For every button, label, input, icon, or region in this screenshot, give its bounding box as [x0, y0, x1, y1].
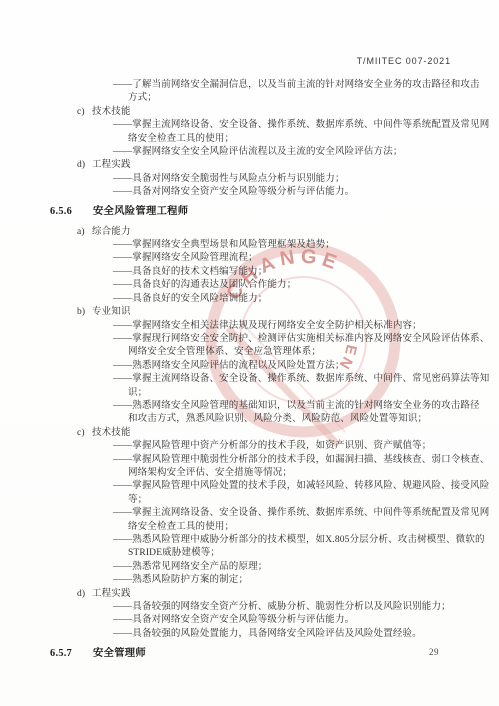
dash-list-item-line: ——具备对网络安全资产安全风险等级分析与评估能力。: [113, 186, 499, 199]
section-heading: 6.5.7安全管理师: [0, 646, 499, 661]
dash-list-item-line: ——掌握网络安全安全风险评估流程以及主流的安全风险评估方法；: [113, 146, 499, 159]
standard-number-header: T/MIITEC 007-2021: [357, 56, 451, 66]
list-item-text: 工程实践: [92, 160, 131, 170]
dash-list-item-line: 网络架构安全评估、安全措施等情况；: [128, 467, 499, 480]
dash-list-item-line: 识；: [128, 387, 499, 400]
dash-list-item-line: 和攻击方式，熟悉风险识别、风险分类、风险防范、风险处置等知识；: [128, 413, 499, 426]
dash-list-item-line: ——熟悉网络安全风险管理的基础知识，以及当前主流的针对网络安全业务的攻击路径: [113, 400, 499, 413]
section-number: 6.5.6: [50, 204, 93, 219]
dash-list-item-line: ——具备良好的沟通表达及团队合作能力；: [113, 279, 499, 292]
lettered-list-item: d)工程实践: [77, 588, 499, 601]
dash-list-item-line: ——熟悉网络安全风险评估的流程以及风险处置方法；: [113, 360, 499, 373]
section-heading: 6.5.6安全风险管理工程师: [0, 204, 499, 219]
dash-list-item-line: ——掌握风险管理中脆弱性分析部分的技术手段，如漏洞扫描、基线核查、弱口令核查、: [113, 454, 499, 467]
section-number: 6.5.7: [50, 646, 93, 661]
dash-list-item-line: 等；: [128, 494, 499, 507]
list-item-text: 综合能力: [92, 227, 131, 237]
dash-list-item-line: ——具备对网络安全资产安全风险等级分析与评估能力。: [113, 614, 499, 627]
dash-list-item-line: ——具备较强的网络安全资产分析、威胁分析、脆弱性分析以及风险识别能力；: [113, 601, 499, 614]
dash-list-item-line: ——具备较强的风险处置能力，具备网络安全风险评估及风险处置经验。: [113, 628, 499, 641]
dash-list-item-line: 络安全检查工具的使用；: [128, 521, 499, 534]
dash-list-item-line: ——掌握网络安全典型场景和风险管理框架及趋势；: [113, 239, 499, 252]
dash-list-item-line: ——掌握主流网络设备、安全设备、操作系统、数据库系统、中间件等系统配置及常见网: [113, 119, 499, 132]
document-body: ——了解当前网络安全漏洞信息，以及当前主流的针对网络安全业务的攻击路径和攻击方式…: [0, 79, 499, 667]
dash-list-item-line: ——掌握网络安全风险管理流程；: [113, 252, 499, 265]
dash-list-item-line: ——掌握主流网络设备、安全设备、操作系统、数据库系统、中间件、常见密码算法等知: [113, 373, 499, 386]
list-item-label: b): [77, 306, 92, 319]
dash-list-item-line: ——掌握网络安全相关法律法规及现行网络安全安全防护相关标准内容；: [113, 320, 499, 333]
dash-list-item-line: 网络安全安全管理体系、安全应急管理体系；: [128, 346, 499, 359]
list-item-label: d): [77, 159, 92, 172]
list-item-label: d): [77, 588, 92, 601]
lettered-list-item: c)技术技能: [77, 106, 499, 119]
list-item-label: c): [77, 106, 92, 119]
section-title: 安全风险管理工程师: [93, 206, 188, 217]
dash-list-item-line: ——掌握现行网络安全安全防护、检测评估实施相关标准内容及网络安全风险评估体系、: [113, 333, 499, 346]
dash-list-item-line: ——具备对网络安全脆弱性与风险点分析与识别能力；: [113, 173, 499, 186]
list-item-text: 技术技能: [92, 107, 131, 117]
lettered-list-item: d)工程实践: [77, 159, 499, 172]
dash-list-item-line: STRIDE威胁建模等；: [128, 547, 499, 560]
page-number: 29: [429, 647, 439, 657]
dash-list-item-line: ——具备良好的安全风险培训能力；: [113, 293, 499, 306]
document-page: T/MIITEC 007-2021 CHANGE EN ——了解当前网络安全漏洞…: [0, 0, 499, 706]
section-title: 安全管理师: [93, 648, 146, 659]
dash-list-item-line: ——熟悉风险防护方案的制定；: [113, 574, 499, 587]
dash-list-item-line: ——熟悉风险管理中威胁分析部分的技术模型，如X.805分层分析、攻击树模型、微软…: [113, 534, 499, 547]
dash-list-item-line: ——掌握风险管理中风险处置的技术手段，如减轻风险、转移风险、规避风险、接受风险: [113, 480, 499, 493]
dash-list-item-line: ——具备良好的技术文档编写能力；: [113, 266, 499, 279]
dash-list-item-line: ——掌握主流网络设备、安全设备、操作系统、数据库系统、中间件等系统配置及常见网: [113, 507, 499, 520]
dash-list-item-line: 络安全检查工具的使用；: [128, 133, 499, 146]
list-item-label: a): [77, 226, 92, 239]
dash-list-item-line: ——熟悉常见网络安全产品的原理；: [113, 561, 499, 574]
list-item-text: 专业知识: [92, 307, 131, 317]
dash-list-item-line: ——了解当前网络安全漏洞信息，以及当前主流的针对网络安全业务的攻击路径和攻击: [113, 79, 499, 92]
list-item-text: 技术技能: [92, 428, 131, 438]
dash-list-item-line: 方式；: [128, 92, 499, 105]
dash-list-item-line: ——掌握风险管理中资产分析部分的技术手段，如资产识别、资产赋值等；: [113, 440, 499, 453]
lettered-list-item: b)专业知识: [77, 306, 499, 319]
lettered-list-item: a)综合能力: [77, 226, 499, 239]
lettered-list-item: c)技术技能: [77, 427, 499, 440]
list-item-label: c): [77, 427, 92, 440]
list-item-text: 工程实践: [92, 589, 131, 599]
